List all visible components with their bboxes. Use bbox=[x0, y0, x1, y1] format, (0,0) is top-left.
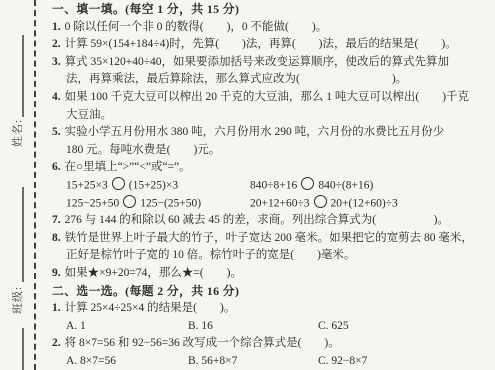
s1-q6-row1: 15+25×3(15+25)×3 840÷8+16840÷(8+16) bbox=[0, 177, 495, 195]
option-b: B. 16 bbox=[188, 318, 318, 336]
s1-q5-line1: 5.实验小学五月份用水 380 吨，六月份用水 290 吨，六月份的水费比五月份… bbox=[0, 124, 495, 142]
s2-q2-line: 2.将 8×7=56 和 92−56=36 改写成一个综合算式是( )。 bbox=[0, 335, 495, 353]
s1-q4-line2: 大豆油。 bbox=[0, 107, 495, 125]
expression-left: 125−25+50 bbox=[66, 197, 119, 209]
s1-q1-line: 1.0 除以任何一个非 0 的数得( )，0 不能做( )。 bbox=[0, 19, 495, 37]
expression-left: 20+12+60÷3 bbox=[250, 197, 310, 209]
question-text: 在○里填上“>”“<”或“=”。 bbox=[65, 161, 191, 173]
s1-q6-row2: 125−25+50125−(25+50) 20+12+60÷320+(12+60… bbox=[0, 195, 495, 213]
s1-q2-line: 2.计算 59×(154+184÷4)时，先算( )法，再算( )法，最后的结果… bbox=[0, 36, 495, 54]
comparison-expression: 840÷8+16840÷(8+16) bbox=[250, 177, 373, 195]
option-c: C. 625 bbox=[318, 318, 349, 336]
comparison-expression: 15+25×3(15+25)×3 bbox=[66, 177, 250, 195]
s1-q9-line: 9.如果★×9+20=74，那么★=( )。 bbox=[0, 265, 495, 283]
section2-title: 二、选一选。(每题 2 分，共 16 分) bbox=[0, 283, 495, 301]
question-number: 7. bbox=[52, 214, 61, 226]
question-text: 计算 25×4÷25×4 的结果是( )。 bbox=[65, 302, 236, 314]
question-text: 大豆油。 bbox=[66, 109, 112, 121]
s1-q4-line1: 4.如果 100 千克大豆可以榨出 20 千克的大豆油，那么 1 吨大豆可以榨出… bbox=[0, 89, 495, 107]
s1-q3-line1: 3.算式 35×120+40÷40，如果要添加括号来改变运算顺序，使改后的算式先… bbox=[0, 54, 495, 72]
question-text: 铁竹是世界上叶子最大的竹子，叶子宽达 200 毫米。如果把它的宽剪去 80 毫米… bbox=[65, 232, 473, 244]
question-text: 将 8×7=56 和 92−56=36 改写成一个综合算式是( )。 bbox=[65, 337, 340, 349]
expression-right: 20+(12+60)÷3 bbox=[331, 197, 398, 209]
s2-q2-options: A. 8×7=56 B. 56+8×7 C. 92−8×7 bbox=[0, 353, 495, 370]
question-text: 276 与 144 的和除以 60 减去 45 的差，求商。列出综合算式为( )… bbox=[65, 214, 449, 226]
section1-title: 一、填一填。(每空 1 分，共 15 分) bbox=[0, 1, 495, 19]
s2-q1-line: 1.计算 25×4÷25×4 的结果是( )。 bbox=[0, 300, 495, 318]
exam-content: 一、填一填。(每空 1 分，共 15 分) 1.0 除以任何一个非 0 的数得(… bbox=[0, 1, 495, 370]
question-text: 正好是棕竹叶子宽的 10 倍。棕竹叶子的宽是( )毫米。 bbox=[66, 249, 355, 261]
question-text: 实验小学五月份用水 380 吨，六月份用水 290 吨，六月份的水费比五月份少 bbox=[65, 126, 445, 138]
comparison-expression: 20+12+60÷320+(12+60)÷3 bbox=[250, 195, 398, 213]
question-number: 3. bbox=[52, 56, 61, 68]
s1-q8-line1: 8.铁竹是世界上叶子最大的竹子，叶子宽达 200 毫米。如果把它的宽剪去 80 … bbox=[0, 230, 495, 248]
question-number: 6. bbox=[52, 161, 61, 173]
expression-right: (15+25)×3 bbox=[129, 179, 178, 191]
s1-q8-line2: 正好是棕竹叶子宽的 10 倍。棕竹叶子的宽是( )毫米。 bbox=[0, 247, 495, 265]
question-text: 算式 35×120+40÷40，如果要添加括号来改变运算顺序，使改后的算式先算加 bbox=[65, 56, 449, 68]
comparison-circle bbox=[112, 177, 125, 190]
s1-q3-line2: 法，再算乘法，最后算除法，那么算式应改为( )。 bbox=[0, 71, 495, 89]
comparison-circle bbox=[314, 195, 327, 208]
question-number: 1. bbox=[52, 21, 61, 33]
question-number: 4. bbox=[52, 91, 61, 103]
question-number: 1. bbox=[52, 302, 61, 314]
comparison-expression: 125−25+50125−(25+50) bbox=[66, 195, 250, 213]
option-a: A. 1 bbox=[66, 318, 188, 336]
question-number: 8. bbox=[52, 232, 61, 244]
expression-right: 125−(25+50) bbox=[140, 197, 201, 209]
expression-left: 15+25×3 bbox=[66, 179, 108, 191]
option-a: A. 8×7=56 bbox=[66, 353, 188, 370]
question-number: 2. bbox=[52, 38, 61, 50]
question-text: 法，再算乘法，最后算除法，那么算式应改为( )。 bbox=[66, 73, 407, 85]
expression-right: 840÷(8+16) bbox=[318, 179, 373, 191]
exam-paper-page: 姓名: 班级: 一、填一填。(每空 1 分，共 15 分) 1.0 除以任何一个… bbox=[0, 0, 495, 370]
question-text: 180 元。每吨水费是( )元。 bbox=[66, 144, 220, 156]
s1-q5-line2: 180 元。每吨水费是( )元。 bbox=[0, 142, 495, 160]
question-text: 0 除以任何一个非 0 的数得( )，0 不能做( )。 bbox=[65, 21, 328, 33]
question-number: 9. bbox=[52, 267, 61, 279]
s1-q6-line: 6.在○里填上“>”“<”或“=”。 bbox=[0, 159, 495, 177]
expression-left: 840÷8+16 bbox=[250, 179, 297, 191]
option-c: C. 92−8×7 bbox=[318, 353, 367, 370]
s2-q1-options: A. 1 B. 16 C. 625 bbox=[0, 318, 495, 336]
question-number: 2. bbox=[52, 337, 61, 349]
s1-q7-line: 7.276 与 144 的和除以 60 减去 45 的差，求商。列出综合算式为(… bbox=[0, 212, 495, 230]
option-b: B. 56+8×7 bbox=[188, 353, 318, 370]
question-number: 5. bbox=[52, 126, 61, 138]
comparison-circle bbox=[123, 195, 136, 208]
question-text: 如果 100 千克大豆可以榨出 20 千克的大豆油，那么 1 吨大豆可以榨出( … bbox=[65, 91, 469, 103]
question-text: 如果★×9+20=74，那么★=( )。 bbox=[65, 267, 242, 279]
comparison-circle bbox=[301, 177, 314, 190]
question-text: 计算 59×(154+184÷4)时，先算( )法，再算( )法，最后的结果是(… bbox=[65, 38, 457, 50]
